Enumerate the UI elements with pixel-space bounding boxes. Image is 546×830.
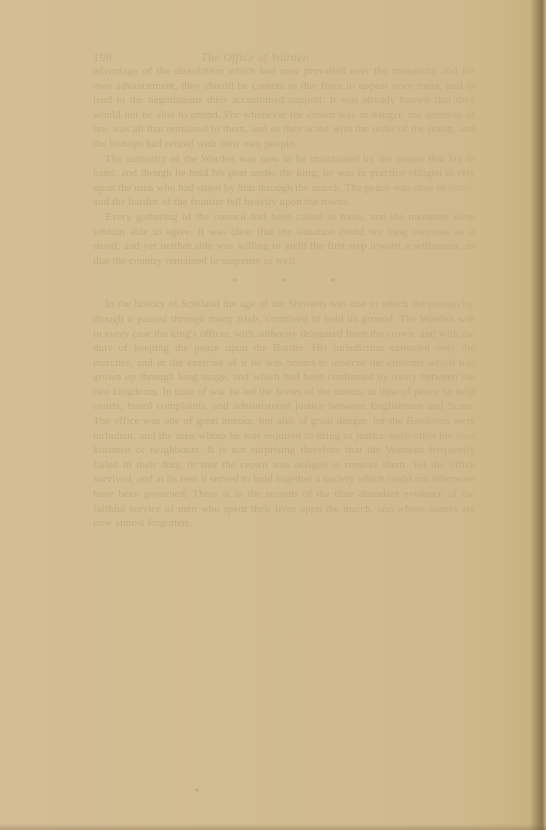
paragraph: advantage of the dissolution which had n… xyxy=(93,64,475,152)
paragraph: The authority of the Warden was now to b… xyxy=(93,152,475,210)
paragraph: Every gathering of the council had been … xyxy=(93,210,475,268)
section-break: * * * xyxy=(93,268,475,297)
book-page: 198 The Office of Warden advantage of th… xyxy=(0,0,546,830)
paragraph: In the history of Scotland the age of th… xyxy=(93,297,475,531)
section-break-mark: * xyxy=(232,276,237,291)
running-title: The Office of Warden xyxy=(201,50,309,65)
section-break-mark: * xyxy=(331,276,336,291)
page-number: 198 xyxy=(93,50,113,65)
body-text: advantage of the dissolution which had n… xyxy=(93,64,475,531)
footer-mark: ▪ xyxy=(195,785,198,795)
section-break-mark: * xyxy=(281,276,286,291)
